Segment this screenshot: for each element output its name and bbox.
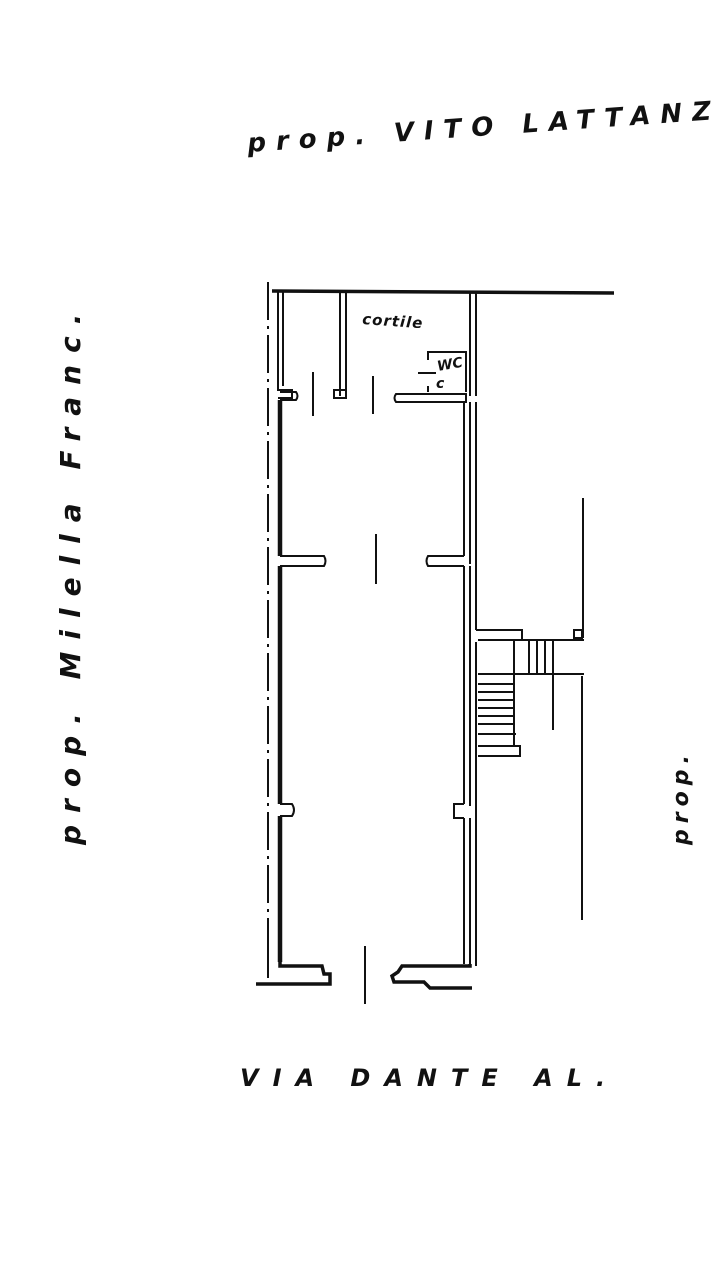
courtyard-right-wall bbox=[470, 292, 476, 396]
courtyard-partition-wall bbox=[334, 292, 346, 398]
door-swing-lines bbox=[313, 372, 376, 1004]
wc-sublabel: c bbox=[436, 376, 445, 392]
right-wall-jambs bbox=[427, 556, 465, 818]
wc-label: WC bbox=[436, 355, 465, 375]
courtyard-label: cortile bbox=[362, 310, 424, 332]
floor-plan-drawing: prop. VITO LATTANZI prop. Milella Franc.… bbox=[0, 0, 712, 1280]
neighbor-building-lines bbox=[574, 498, 583, 920]
left-neighbor-label: prop. Milella Franc. bbox=[54, 302, 87, 846]
right-main-wall bbox=[464, 402, 476, 966]
top-neighbor-label: prop. VITO LATTANZI bbox=[245, 95, 712, 159]
street-label: VIA DANTE AL. bbox=[240, 1064, 619, 1092]
right-neighbor-label: prop. bbox=[669, 749, 694, 846]
staircase bbox=[476, 630, 584, 756]
left-wall-jambs bbox=[280, 392, 326, 816]
courtyard-bottom-wall bbox=[395, 394, 467, 402]
top-boundary-wall bbox=[272, 291, 614, 293]
